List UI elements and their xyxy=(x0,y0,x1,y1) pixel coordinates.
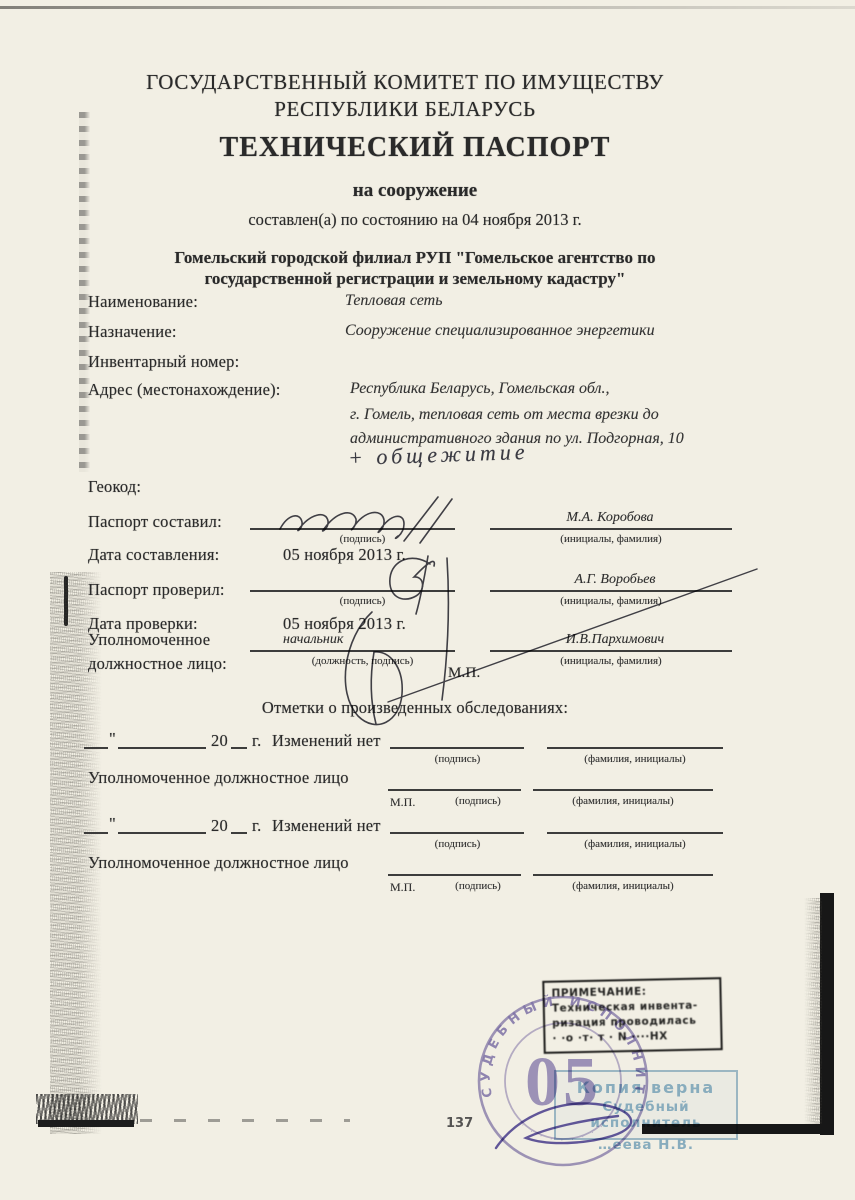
insp2-name-line xyxy=(547,832,723,834)
scanned-technical-passport-page: ГОСУДАРСТВЕННЫЙ КОМИТЕТ ПО ИМУЩЕСТВУ РЕС… xyxy=(0,0,855,1200)
insp2-official-signature-line xyxy=(388,874,521,876)
field-name-value: Тепловая сеть xyxy=(345,292,442,310)
field-purpose-value: Сооружение специализированное энергетики xyxy=(345,322,655,340)
insp2-signature-caption: (подпись) xyxy=(395,838,520,850)
insp2-official-label: Уполномоченное должностное лицо xyxy=(88,853,349,873)
insp1-official-name-caption: (фамилия, инициалы) xyxy=(537,795,709,807)
document-title: ТЕХНИЧЕСКИЙ ПАСПОРТ xyxy=(50,132,780,164)
insp2-quote: " xyxy=(109,814,116,834)
insp2-signature-line xyxy=(390,832,524,834)
authorized-official-label-line2: должностное лицо: xyxy=(88,654,227,674)
compiled-name-caption: (инициалы, фамилия) xyxy=(525,533,697,545)
insp2-year-suffix: г. xyxy=(252,816,261,836)
official-name-line xyxy=(490,650,732,652)
checked-signature-caption: (подпись) xyxy=(300,595,425,607)
checked-name-caption: (инициалы, фамилия) xyxy=(525,595,697,607)
insp1-quote: " xyxy=(109,729,116,749)
official-signature-line xyxy=(250,650,455,652)
field-address-label: Адрес (местонахождение): xyxy=(88,380,281,400)
copy-stamp-line1: Копия верна xyxy=(556,1078,736,1097)
inspections-heading: Отметки о произведенных обследованиях: xyxy=(50,698,780,718)
field-address-line2: г. Гомель, тепловая сеть от места врезки… xyxy=(350,406,659,424)
agency-name-line2: государственной регистрации и земельному… xyxy=(50,269,780,289)
field-inventory-number-label: Инвентарный номер: xyxy=(88,352,239,372)
insp2-name-caption: (фамилия, инициалы) xyxy=(549,838,721,850)
checked-signature-line xyxy=(250,590,455,592)
insp1-month-line xyxy=(118,747,206,749)
official-signature-caption: (должность, подпись) xyxy=(290,655,435,667)
copy-stamp: Копия верна Судебный исполнитель …еева Н… xyxy=(554,1070,738,1140)
scan-right-corner-vertical-bar xyxy=(820,893,834,1135)
handwritten-address-addition: + общежитие xyxy=(348,439,529,471)
insp1-official-signature-line xyxy=(388,789,521,791)
insp2-year-line xyxy=(231,832,247,834)
scan-bottom-left-dashes xyxy=(140,1119,350,1122)
insp2-official-name-caption: (фамилия, инициалы) xyxy=(537,880,709,892)
field-purpose-label: Назначение: xyxy=(88,322,177,342)
insp2-year-prefix: 20 xyxy=(211,816,228,836)
checked-name-line xyxy=(490,590,732,592)
committee-name-line1: ГОСУДАРСТВЕННЫЙ КОМИТЕТ ПО ИМУЩЕСТВУ xyxy=(40,70,770,95)
checked-by-label: Паспорт проверил: xyxy=(88,580,225,600)
seal-place-label: М.П. xyxy=(448,665,480,682)
insp1-year-line xyxy=(231,747,247,749)
insp2-official-seal-caption: М.П. xyxy=(390,880,424,895)
compiled-signature-line xyxy=(250,528,455,530)
insp1-name-caption: (фамилия, инициалы) xyxy=(549,753,721,765)
insp1-no-changes: Изменений нет xyxy=(272,731,381,751)
insp1-signature-line xyxy=(390,747,524,749)
compile-date-value: 05 ноября 2013 г. xyxy=(283,545,406,565)
committee-name-line2: РЕСПУБЛИКИ БЕЛАРУСЬ xyxy=(40,97,770,122)
copy-stamp-line2: Судебный исполнитель xyxy=(556,1099,736,1131)
page-number: 137 xyxy=(446,1116,473,1131)
checked-by-name: А.Г. Воробьев xyxy=(525,572,705,588)
insp2-day-line xyxy=(84,832,108,834)
field-address-line1: Республика Беларусь, Гомельская обл., xyxy=(350,380,609,398)
scan-bottom-left-bar xyxy=(38,1120,134,1127)
insp2-official-signature-caption: (подпись) xyxy=(428,880,528,892)
check-date-value: 05 ноября 2013 г. xyxy=(283,614,406,634)
scan-top-edge-line xyxy=(0,6,855,9)
authorized-official-name: И.В.Пархимович xyxy=(525,632,705,648)
compile-date-label: Дата составления: xyxy=(88,545,219,565)
field-name-label: Наименование: xyxy=(88,292,198,312)
document-subtitle: на сооружение xyxy=(50,180,780,202)
insp1-year-prefix: 20 xyxy=(211,731,228,751)
insp1-year-suffix: г. xyxy=(252,731,261,751)
insp2-month-line xyxy=(118,832,206,834)
field-geocode-label: Геокод: xyxy=(88,477,141,497)
copy-stamp-line3: …еева Н.В. xyxy=(556,1137,736,1153)
compiled-signature-caption: (подпись) xyxy=(300,533,425,545)
scan-right-corner-fray xyxy=(804,898,822,1130)
insp1-day-line xyxy=(84,747,108,749)
insp2-no-changes: Изменений нет xyxy=(272,816,381,836)
insp1-name-line xyxy=(547,747,723,749)
insp1-official-name-line xyxy=(533,789,713,791)
agency-name-line1: Гомельский городской филиал РУП "Гомельс… xyxy=(50,248,780,268)
official-name-caption: (инициалы, фамилия) xyxy=(525,655,697,667)
insp1-official-seal-caption: М.П. xyxy=(390,795,424,810)
compiled-as-of-line: составлен(а) по состоянию на 04 ноября 2… xyxy=(50,210,780,230)
compiled-name-line xyxy=(490,528,732,530)
insp1-signature-caption: (подпись) xyxy=(395,753,520,765)
insp1-official-label: Уполномоченное должностное лицо xyxy=(88,768,349,788)
insp2-official-name-line xyxy=(533,874,713,876)
compiled-by-label: Паспорт составил: xyxy=(88,512,222,532)
insp1-official-signature-caption: (подпись) xyxy=(428,795,528,807)
authorized-official-position: начальник xyxy=(283,632,373,648)
authorized-official-label-line1: Уполномоченное xyxy=(88,630,210,650)
compiled-by-name: М.А. Коробова xyxy=(520,510,700,526)
